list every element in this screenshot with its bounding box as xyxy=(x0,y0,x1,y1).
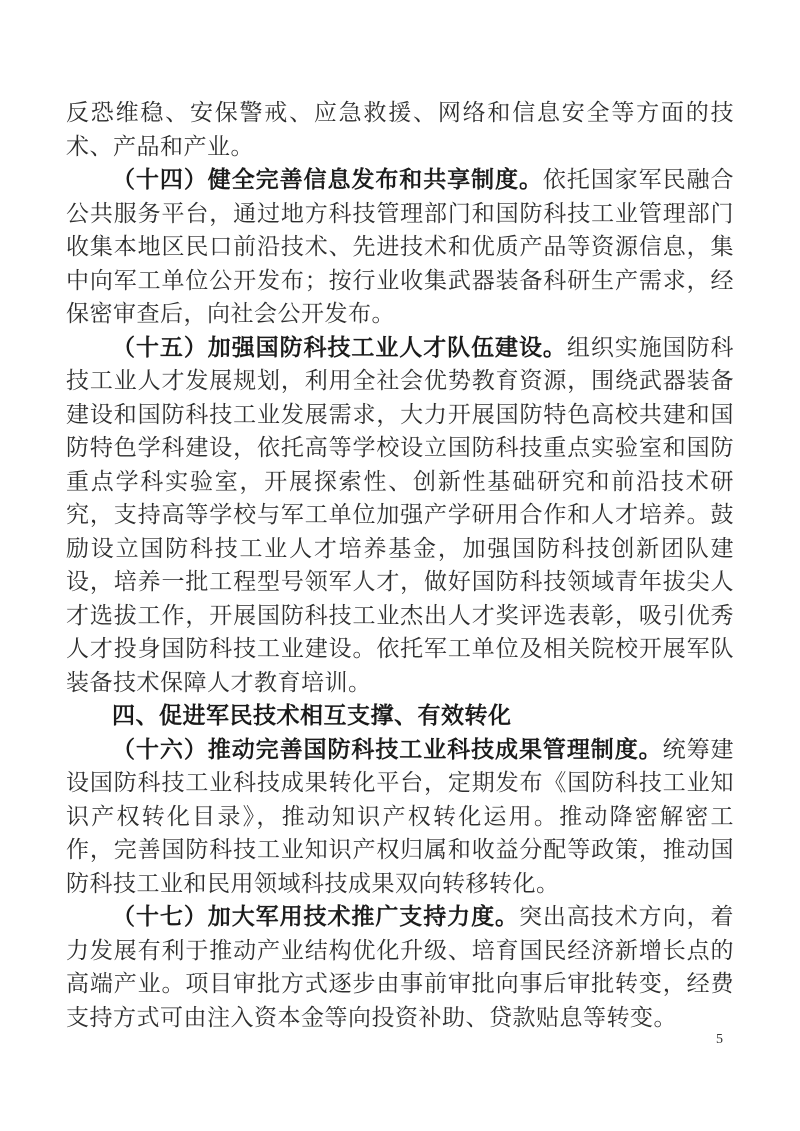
paragraph-lead: （十六）推动完善国防科技工业科技成果管理制度。 xyxy=(112,737,663,762)
section-heading-4: 四、促进军民技术相互支撑、有效转化 xyxy=(66,699,734,733)
paragraph-continuation: 反恐维稳、安保警戒、应急救援、网络和信息安全等方面的技术、产品和产业。 xyxy=(66,96,734,163)
paragraph-body: 组织实施国防科技工业人才发展规划，利用全社会优势教育资源，围绕武器装备建设和国防… xyxy=(66,335,734,695)
paragraph-item-15: （十五）加强国防科技工业人才队伍建设。组织实施国防科技工业人才发展规划，利用全社… xyxy=(66,331,734,700)
paragraph-lead: （十五）加强国防科技工业人才队伍建设。 xyxy=(112,335,567,360)
paragraph-body: 反恐维稳、安保警戒、应急救援、网络和信息安全等方面的技术、产品和产业。 xyxy=(66,100,734,159)
paragraph-item-14: （十四）健全完善信息发布和共享制度。依托国家军民融合公共服务平台，通过地方科技管… xyxy=(66,163,734,331)
document-content: 反恐维稳、安保警戒、应急救援、网络和信息安全等方面的技术、产品和产业。 （十四）… xyxy=(66,96,734,1034)
paragraph-lead: （十四）健全完善信息发布和共享制度。 xyxy=(112,167,543,192)
document-page: 反恐维稳、安保警戒、应急救援、网络和信息安全等方面的技术、产品和产业。 （十四）… xyxy=(0,0,800,1131)
paragraph-lead: （十七）加大军用技术推广支持力度。 xyxy=(112,904,519,929)
paragraph-item-17: （十七）加大军用技术推广支持力度。突出高技术方向，着力发展有利于推动产业结构优化… xyxy=(66,900,734,1034)
paragraph-item-16: （十六）推动完善国防科技工业科技成果管理制度。统筹建设国防科技工业科技成果转化平… xyxy=(66,733,734,901)
page-number: 5 xyxy=(716,1032,723,1048)
